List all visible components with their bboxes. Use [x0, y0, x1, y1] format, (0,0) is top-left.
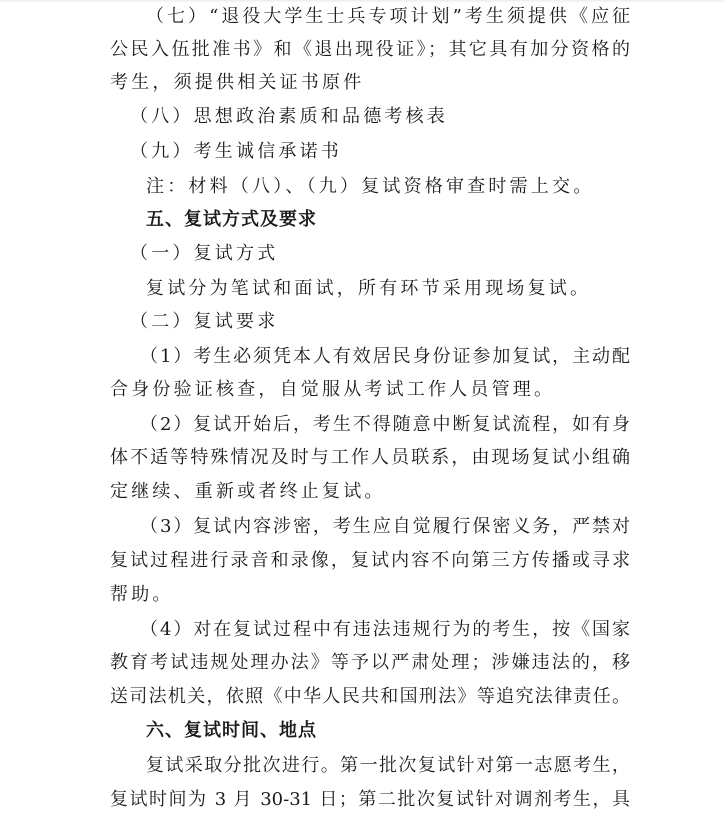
- item-7-line-2: 公民入伍批准书》和《退出现役证》；其它具有加分资格的: [110, 33, 630, 67]
- req-3-line-3: 帮助。: [110, 578, 630, 612]
- section-6-body-line-1: 复试采取分批次进行。第一批次复试针对第一志愿考生，: [146, 749, 630, 783]
- section-6-body-line-2: 复试时间为 3 月 30-31 日；第二批次复试针对调剂考生，具: [110, 783, 630, 817]
- document-page: （七）“退役大学生士兵专项计划”考生须提供《应征 公民入伍批准书》和《退出现役证…: [0, 0, 724, 820]
- item-7-line-1: （七）“退役大学生士兵专项计划”考生须提供《应征: [146, 0, 630, 34]
- item-7-line-3: 考生，须提供相关证书原件: [110, 66, 630, 100]
- item-8: （八）思想政治素质和品德考核表: [130, 100, 614, 134]
- note-text: 注：材料（八）、（九）复试资格审查时需上交。: [146, 170, 630, 204]
- sub-1-body: 复试分为笔试和面试，所有环节采用现场复试。: [146, 272, 630, 306]
- sub-1-heading: （一）复试方式: [130, 237, 614, 271]
- req-2-line-2: 体不适等特殊情况及时与工作人员联系，由现场复试小组确: [110, 441, 630, 475]
- req-2-line-1: （2）复试开始后，考生不得随意中断复试流程，如有身: [140, 408, 630, 442]
- req-2-line-3: 定继续、重新或者终止复试。: [110, 475, 630, 509]
- req-4-line-3: 送司法机关，依照《中华人民共和国刑法》等追究法律责任。: [110, 680, 630, 714]
- req-3-line-2: 复试过程进行录音和录像，复试内容不向第三方传播或寻求: [110, 544, 630, 578]
- sub-2-heading: （二）复试要求: [130, 305, 614, 339]
- req-4-line-1: （4）对在复试过程中有违法违规行为的考生，按《国家: [140, 613, 630, 647]
- req-4-line-2: 教育考试违规处理办法》等予以严肃处理；涉嫌违法的，移: [110, 646, 630, 680]
- section-5-heading: 五、复试方式及要求: [146, 203, 666, 237]
- req-1-line-1: （1）考生必须凭本人有效居民身份证参加复试，主动配: [140, 340, 630, 374]
- req-1-line-2: 合身份验证核查，自觉服从考试工作人员管理。: [110, 373, 630, 407]
- item-9: （九）考生诚信承诺书: [130, 135, 614, 169]
- section-6-heading: 六、复试时间、地点: [146, 714, 666, 748]
- req-3-line-1: （3）复试内容涉密，考生应自觉履行保密义务，严禁对: [140, 510, 630, 544]
